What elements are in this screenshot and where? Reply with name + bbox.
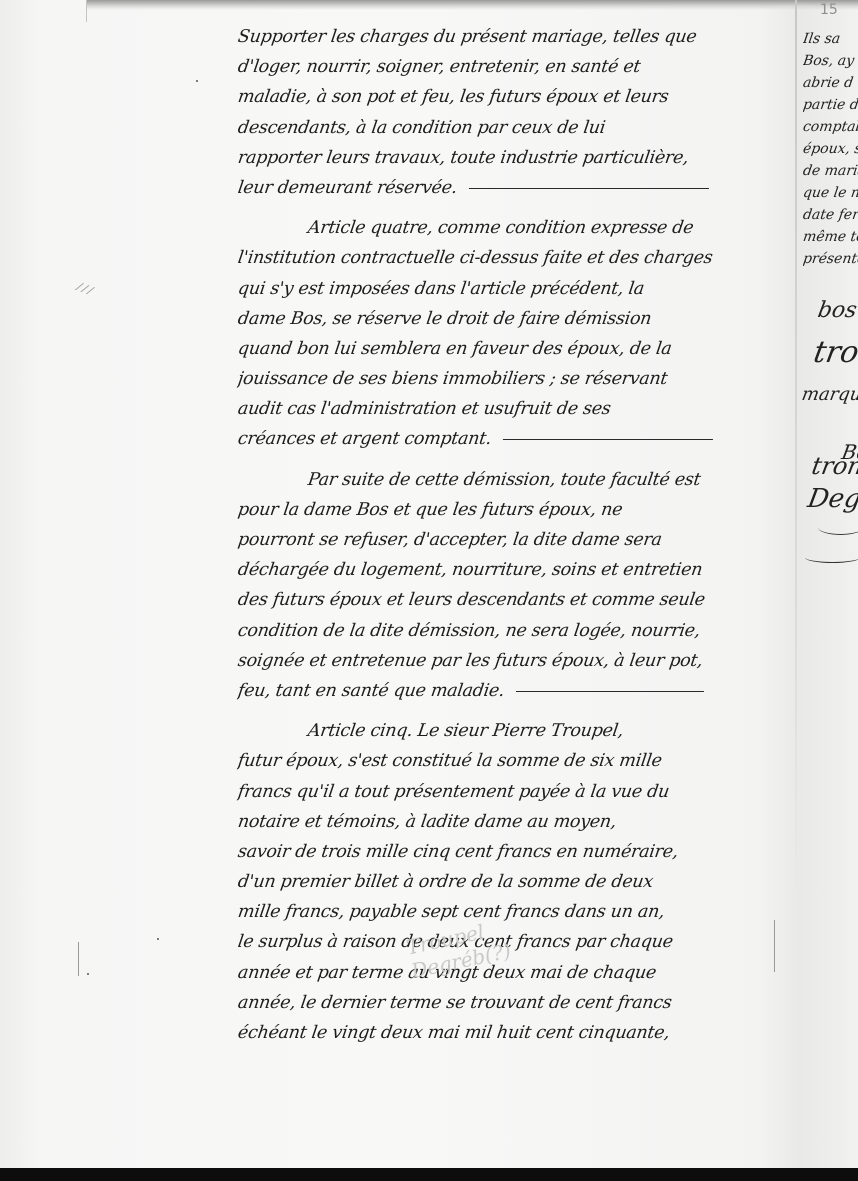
manuscript-line: jouissance de ses biens immobiliers ; se… [236,364,785,394]
closing-rule-line [469,188,709,190]
scan-edge-mark [774,920,775,972]
line-text: maladie, à son pot et feu, les futurs ép… [237,87,670,107]
line-text: feu, tant en santé que maladie. [237,681,506,701]
margin-line: comptabl [803,116,858,138]
manuscript-line: condition de la dite démission, ne sera … [236,616,785,646]
line-text: Par suite de cette démission, toute facu… [307,470,702,490]
line-text: rapporter leurs travaux, toute industrie… [237,148,690,168]
line-text: mille francs, payable sept cent francs d… [237,902,666,922]
manuscript-line: pourront se refuser, d'accepter, la dite… [236,525,785,555]
paper-speck [87,973,89,975]
manuscript-line: feu, tant en santé que maladie. [236,676,785,706]
manuscript-line: Article quatre, comme condition expresse… [236,213,785,243]
manuscript-line: d'loger, nourrir, soigner, entretenir, e… [236,52,785,82]
signature-marque: marque [800,384,858,405]
line-text: dame Bos, se réserve le droit de faire d… [237,309,653,329]
line-text: Supporter les charges du présent mariage… [237,27,698,47]
manuscript-line: créances et argent comptant. [236,424,785,454]
margin-line: même te [803,226,858,248]
manuscript-line: futur époux, s'est constitué la somme de… [236,746,785,776]
page-fold-line [795,0,797,900]
manuscript-line: audit cas l'administration et usufruit d… [236,394,785,424]
margin-line: Ils sa [803,28,858,50]
manuscript-line: des futurs époux et leurs descendants et… [236,585,785,615]
line-text: leur demeurant réservée. [237,178,459,198]
signature-tronc: tronc [810,452,858,480]
manuscript-line: francs qu'il a tout présentement payée à… [236,777,785,807]
margin-line: abrie d [803,72,858,94]
signature-flourish [818,520,858,535]
manuscript-line: soignée et entretenue par les futurs épo… [236,646,785,676]
main-text-body: Supporter les charges du présent mariage… [238,22,783,1048]
manuscript-line: échéant le vingt deux mai mil huit cent … [236,1018,785,1048]
manuscript-line: rapporter leurs travaux, toute industrie… [236,143,785,173]
faint-margin-mark: ⁄ ⁄ ⁄ [76,280,94,298]
manuscript-line: Supporter les charges du présent mariage… [236,22,785,52]
line-text: pourront se refuser, d'accepter, la dite… [237,530,663,550]
line-text: francs qu'il a tout présentement payée à… [237,782,671,802]
manuscript-line: maladie, à son pot et feu, les futurs ép… [236,82,785,112]
margin-line: époux, su [803,138,858,160]
line-text: audit cas l'administration et usufruit d… [237,399,612,419]
line-text: notaire et témoins, à ladite dame au moy… [237,812,618,832]
line-text: quand bon lui semblera en faveur des épo… [237,339,673,359]
manuscript-line: leur demeurant réservée. [236,173,785,203]
scan-edge-mark [78,942,79,976]
signature-troupel: tro [811,335,858,370]
margin-line: Bos, ay [803,50,858,72]
line-text: descendants, à la condition par ceux de … [237,118,607,138]
margin-line: date fera [803,204,858,226]
manuscript-line: Article cinq. Le sieur Pierre Troupel, [236,716,785,746]
manuscript-line: d'un premier billet à ordre de la somme … [236,867,785,897]
line-text: l'institution contractuelle ci-dessus fa… [237,248,714,268]
line-text: soignée et entretenue par les futurs épo… [237,651,704,671]
manuscript-line: Par suite de cette démission, toute facu… [236,465,785,495]
paper-speck [196,80,198,82]
manuscript-line: notaire et témoins, à ladite dame au moy… [236,807,785,837]
signature-degr: Degr [805,484,858,514]
manuscript-line: année, le dernier terme se trouvant de c… [236,988,785,1018]
manuscript-line: quand bon lui semblera en faveur des épo… [236,334,785,364]
manuscript-page: ⁄ ⁄ ⁄ Supporter les charges du présent m… [0,0,858,1168]
line-text: des futurs époux et leurs descendants et… [237,590,707,610]
line-text: échéant le vingt deux mai mil huit cent … [237,1023,671,1043]
folio-number: 15 [820,2,838,18]
margin-line: présentes. [803,248,858,270]
manuscript-line: pour la dame Bos et que les futurs époux… [236,495,785,525]
manuscript-line: qui s'y est imposées dans l'article préc… [236,274,785,304]
page-edge-mark [86,0,87,22]
line-text: Article quatre, comme condition expresse… [307,218,695,238]
manuscript-line: dame Bos, se réserve le droit de faire d… [236,304,785,334]
line-text: Article cinq. Le sieur Pierre Troupel, [307,721,625,741]
line-text: déchargée du logement, nourriture, soins… [237,560,704,580]
line-text: savoir de trois mille cinq cent francs e… [237,842,680,862]
line-text: d'loger, nourrir, soigner, entretenir, e… [237,57,642,77]
closing-rule-line [516,691,704,693]
manuscript-line: descendants, à la condition par ceux de … [236,113,785,143]
signature-bos: bos [816,298,858,323]
manuscript-line: mille francs, payable sept cent francs d… [236,897,785,927]
margin-line: de maria [803,160,858,182]
margin-line: partie d [803,94,858,116]
line-text: d'un premier billet à ordre de la somme … [237,872,655,892]
manuscript-line: l'institution contractuelle ci-dessus fa… [236,243,785,273]
scanner-edge-bar [0,1168,858,1181]
adjacent-page-margin-text: Ils saBos, ayabrie dpartie dcomptablépou… [803,28,858,270]
closing-rule-line [503,439,713,441]
margin-line: que le nota [803,182,858,204]
paper-speck [157,938,159,940]
signature-flourish [805,552,858,563]
line-text: jouissance de ses biens immobiliers ; se… [237,369,669,389]
manuscript-line: savoir de trois mille cinq cent francs e… [236,837,785,867]
line-text: créances et argent comptant. [237,429,493,449]
manuscript-line: déchargée du logement, nourriture, soins… [236,555,785,585]
line-text: futur époux, s'est constitué la somme de… [237,751,663,771]
line-text: condition de la dite démission, ne sera … [237,621,702,641]
line-text: pour la dame Bos et que les futurs époux… [237,500,624,520]
line-text: année, le dernier terme se trouvant de c… [237,993,673,1013]
line-text: qui s'y est imposées dans l'article préc… [237,279,646,299]
scan-shadow-top [86,0,858,10]
